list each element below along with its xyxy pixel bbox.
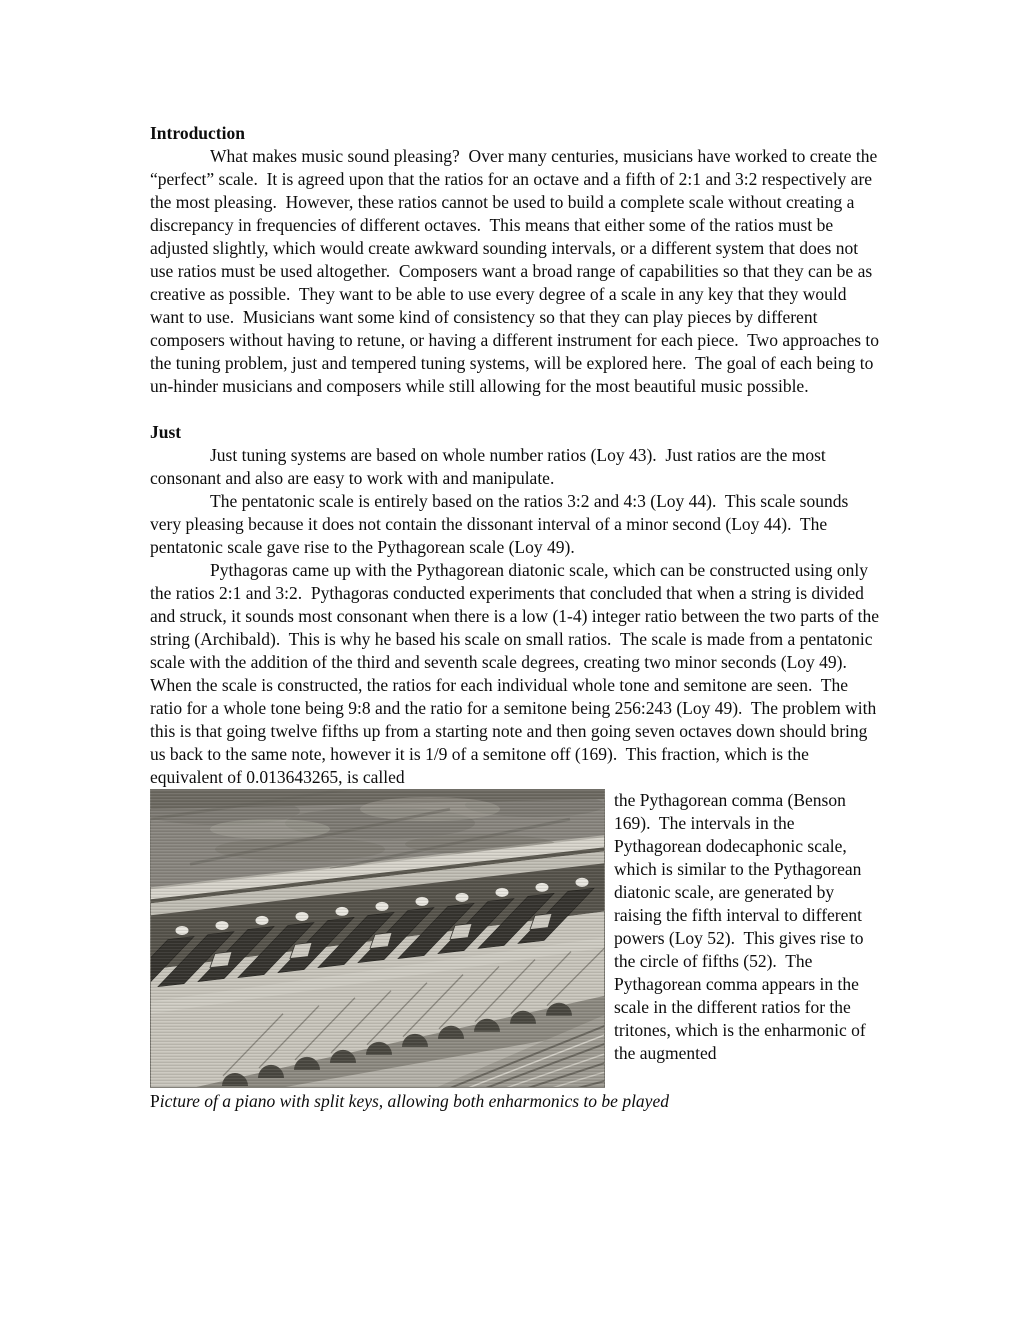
section-heading-introduction: Introduction xyxy=(150,122,880,145)
just-paragraph-1: Just tuning systems are based on whole n… xyxy=(150,444,880,490)
section-heading-just: Just xyxy=(150,421,880,444)
page: Introduction What makes music sound plea… xyxy=(0,0,1020,1320)
caption-lead-letter: P xyxy=(150,1091,160,1111)
caption-italic-text: icture of a piano with split keys, allow… xyxy=(160,1091,669,1111)
piano-photo xyxy=(150,789,605,1088)
introduction-paragraph: What makes music sound pleasing? Over ma… xyxy=(150,145,880,398)
just-paragraph-3: Pythagoras came up with the Pythagorean … xyxy=(150,559,880,789)
document-body: Introduction What makes music sound plea… xyxy=(0,0,1020,1113)
figure-row: the Pythagorean comma (Benson 169). The … xyxy=(150,789,880,1088)
piano-photo-illustration xyxy=(150,789,605,1088)
figure-wrap-text: the Pythagorean comma (Benson 169). The … xyxy=(614,789,880,1065)
just-paragraph-2: The pentatonic scale is entirely based o… xyxy=(150,490,880,559)
figure-caption: Picture of a piano with split keys, allo… xyxy=(150,1090,880,1113)
